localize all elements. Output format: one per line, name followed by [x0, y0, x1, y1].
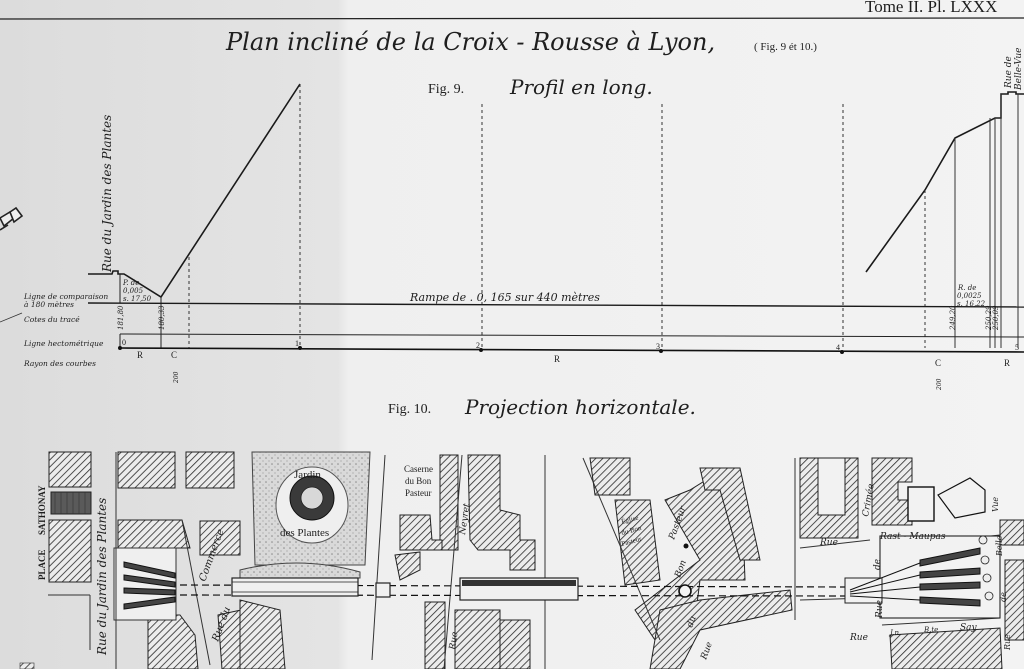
svg-text:PLACE: PLACE	[37, 549, 47, 580]
svg-text:200: 200	[173, 371, 180, 384]
svg-text:Caserne: Caserne	[404, 464, 433, 474]
svg-text:Rue du Jardin des Plantes: Rue du Jardin des Plantes	[95, 498, 109, 656]
svg-text:Rue: Rue	[875, 600, 885, 619]
svg-text:J.n: J.n	[888, 629, 899, 637]
svg-text:de: de	[873, 559, 883, 570]
street-label-belle-vue-2: Belle-Vue	[1014, 48, 1024, 91]
shaft-circle	[679, 585, 691, 597]
grade-right-line1: R. de	[957, 284, 976, 292]
plate-number: Tome II. Pl. LXXX	[865, 0, 997, 16]
scale-mark	[20, 663, 34, 669]
row-label-curve-radii: Rayon des courbes	[23, 359, 96, 368]
svg-text:1: 1	[295, 339, 299, 348]
figures-reference: ( Fig. 9 ét 10.)	[754, 41, 817, 53]
svg-text:de: de	[999, 592, 1008, 602]
svg-text:Belle -: Belle -	[995, 530, 1004, 557]
ramp-label: Rampe de . 0, 165 sur 440 mètres	[409, 291, 600, 304]
row-label-comparison-2: à 180 mètres	[24, 300, 74, 309]
svg-text:B.te: B.te	[923, 626, 938, 634]
grade-left-line1: P. de	[122, 279, 139, 287]
svg-text:des Plantes: des Plantes	[280, 527, 329, 539]
svg-text:249,20: 249,20	[949, 305, 957, 331]
svg-text:2: 2	[476, 341, 480, 350]
svg-text:R: R	[1004, 358, 1010, 368]
svg-text:5: 5	[1015, 343, 1019, 352]
svg-text:du Bon: du Bon	[405, 476, 432, 486]
plate-title: Plan incliné de la Croix - Rousse à Lyon…	[225, 28, 715, 56]
grade-left-line2: 0,005	[123, 287, 144, 295]
fig9-caption: Profil en long.	[509, 75, 653, 99]
fig9-number: Fig. 9.	[428, 82, 464, 97]
svg-text:Rue: Rue	[819, 538, 838, 548]
fig10-number: Fig. 10.	[388, 402, 431, 417]
svg-text:C: C	[171, 350, 177, 360]
svg-text:Rue: Rue	[849, 633, 868, 643]
svg-text:3: 3	[656, 342, 660, 351]
lower-station	[114, 548, 176, 620]
svg-text:R: R	[137, 350, 143, 360]
svg-text:Say: Say	[960, 623, 978, 633]
svg-text:Jardin: Jardin	[294, 469, 321, 481]
svg-text:Rue: Rue	[1003, 634, 1012, 651]
svg-text:Pasteur: Pasteur	[405, 488, 432, 498]
svg-text:Rast - Maupas: Rast - Maupas	[879, 532, 946, 542]
street-label-belle-vue-1: Rue de	[1004, 56, 1014, 89]
svg-text:C: C	[935, 358, 941, 368]
svg-text:Vue: Vue	[991, 497, 1000, 512]
svg-text:250,09: 250,09	[992, 305, 1000, 331]
svg-text:200: 200	[936, 378, 943, 391]
row-label-hectometric: Ligne hectométrique	[23, 339, 104, 348]
row-label-track-levels: Cotes du tracé	[24, 315, 80, 324]
svg-text:SATHONAY: SATHONAY	[37, 485, 47, 535]
svg-text:181,80: 181,80	[117, 305, 125, 330]
grade-right-line2: 0,0025	[957, 292, 982, 300]
engraving-plate: Tome II. Pl. LXXX Plan incliné de la Cro…	[0, 0, 1024, 669]
svg-text:R: R	[554, 354, 560, 364]
svg-text:180,33: 180,33	[158, 305, 166, 330]
svg-text:0: 0	[122, 338, 126, 347]
street-label-jardin-des-plantes: Rue du Jardin des Plantes	[100, 115, 114, 273]
grade-left-line3: s. 17,50	[123, 295, 152, 303]
svg-text:4: 4	[836, 343, 840, 352]
fig10-caption: Projection horizontale.	[464, 395, 696, 419]
